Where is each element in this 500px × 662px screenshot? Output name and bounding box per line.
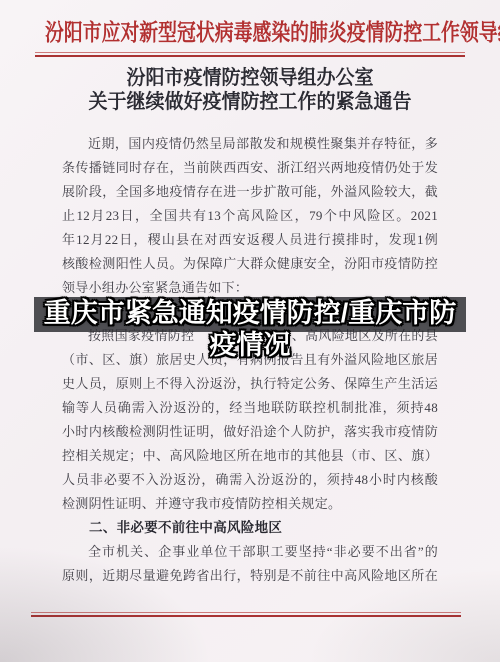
body-line: 史人员，原则上不得入汾返汾，执行特定公务、保障生产生活运 bbox=[62, 372, 438, 396]
header-red-divider bbox=[35, 52, 465, 57]
body-text: 近期，国内疫情仍然呈局部散发和规模性聚集并存特征，多条传播链同时存在，当前陕西西… bbox=[62, 132, 438, 588]
body-line: 展阶段，全国多地疫情存在进一步扩散可能，外溢风险较大，截 bbox=[62, 180, 438, 204]
line-fragment-right: 有中、高风险地区及所在的县 bbox=[265, 324, 438, 348]
body-line: 年12月22日，稷山县在对西安返稷人员进行摸排时，发现1例 bbox=[62, 228, 438, 252]
document-title-line2: 关于继续做好疫情防控工作的紧急通告 bbox=[13, 90, 488, 114]
body-line: 原则，近期尽量避免跨省出行，特别是不前往中高风险地区所在 bbox=[62, 564, 438, 588]
body-line: 人员非必要不入汾返汾，确需入汾返汾的，须持48小时内核酸 bbox=[62, 468, 438, 492]
body-line: 控相关规定；中、高风险地区所在地市的其他县（市、区、旗） bbox=[62, 444, 438, 468]
body-line: 止12月23日，全国共有13个高风险区，79个中风险区。2021 bbox=[62, 204, 438, 228]
body-line: 领导小组办公室紧急通告如下： bbox=[62, 276, 438, 300]
document-title-line1: 汾阳市疫情防控领导组办公室 bbox=[13, 66, 488, 90]
body-line: 按照国家疫情防控有中、高风险地区及所在的县 bbox=[62, 324, 438, 348]
org-title-banner: 汾阳市应对新型冠状病毒感染的肺炎疫情防控工作领导组 bbox=[45, 16, 455, 50]
footer-red-divider bbox=[31, 612, 461, 617]
body-line: 检测阴性证明、并遵守我市疫情防控相关规定。 bbox=[62, 492, 438, 516]
body-line: 小时内核酸检测阴性证明，做好沿途个人防护，落实我市疫情防 bbox=[62, 420, 438, 444]
line-fragment-left: 按照国家疫情防控 bbox=[62, 324, 194, 348]
body-line: （市、区、旗）旅居史人员，有病例报告且有外溢风险地区旅居 bbox=[62, 348, 438, 372]
body-line: 条传播链同时存在，当前陕西西安、浙江绍兴两地疫情仍处于发 bbox=[62, 156, 438, 180]
body-line: 全市机关、企事业单位干部职工要坚持“非必要不出省”的 bbox=[62, 540, 438, 564]
section-heading: 二、非必要不前往中高风险地区 bbox=[62, 516, 438, 540]
body-line: 近期，国内疫情仍然呈局部散发和规模性聚集并存特征，多 bbox=[62, 132, 438, 156]
body-line: 输等人员确需入汾返汾的，经当地联防联控机制批准，须持48 bbox=[62, 396, 438, 420]
body-line bbox=[62, 300, 438, 324]
body-line: 核酸检测阳性人员。为保障广大群众健康安全，汾阳市疫情防控 bbox=[62, 252, 438, 276]
